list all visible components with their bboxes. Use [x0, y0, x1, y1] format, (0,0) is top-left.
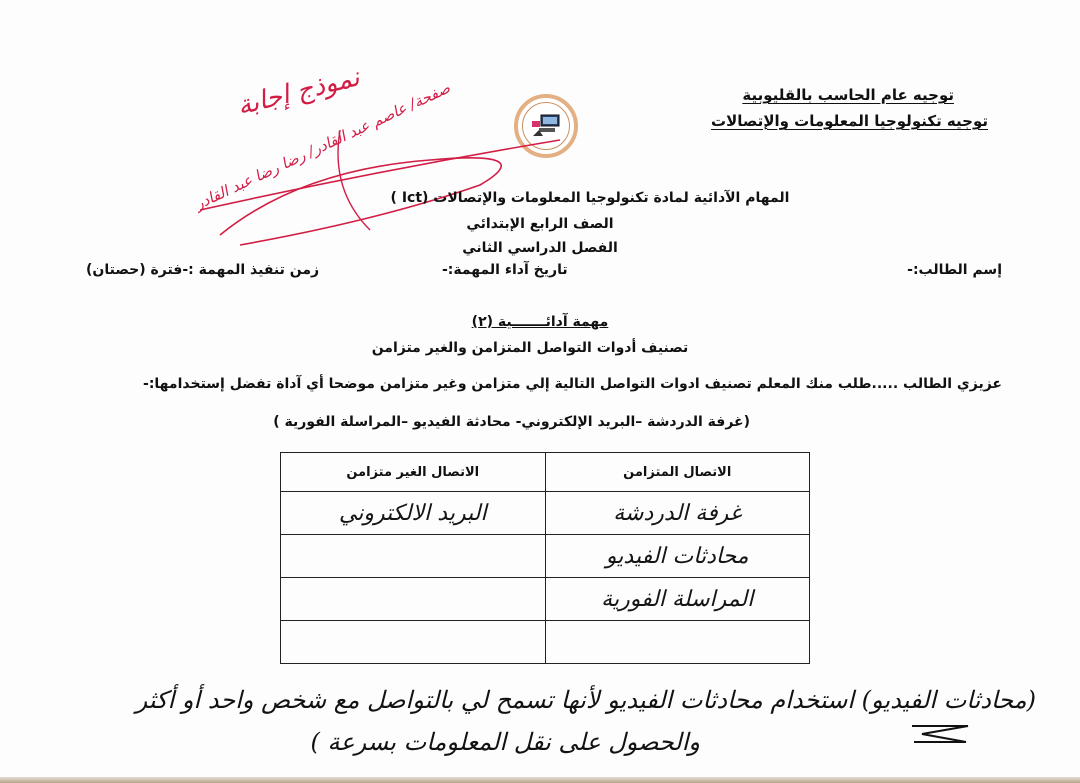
worksheet-page: توجيه عام الحاسب بالقليوبية توجيه تكنولو…: [0, 0, 1080, 783]
equals-scribble-icon: [908, 722, 972, 746]
table-row: غرفة الدردشة البريد الالكتروني: [281, 492, 810, 535]
task-instruction: عزيزي الطالب .....طلب منك المعلم تصنيف ا…: [143, 376, 1002, 392]
sync-column-header: الاتصال المتزامن: [545, 453, 810, 492]
term-label: الفصل الدراسي الثاني: [380, 240, 700, 256]
table-row: [281, 621, 810, 664]
table-row: محادثات الفيديو: [281, 535, 810, 578]
header-department: توجيه تكنولوجيا المعلومات والإتصالات: [711, 112, 988, 130]
table-row: المراسلة الفورية: [281, 578, 810, 621]
classification-table: الاتصال المتزامن الاتصال الغير متزامن غر…: [280, 452, 810, 664]
async-cell: [281, 535, 546, 578]
task-options: (غرفة الدردشة –البريد الإلكتروني- محادثة…: [273, 414, 750, 430]
async-cell: البريد الالكتروني: [281, 492, 546, 535]
header-directorate: توجيه عام الحاسب بالقليوبية: [742, 86, 954, 104]
grade-label: الصف الرابع الإبتدائي: [380, 216, 700, 232]
handwritten-answer-line-2: والحصول على نقل المعلومات بسرعة ): [310, 728, 700, 756]
student-name-label: إسم الطالب:-: [907, 262, 1002, 278]
page-title: المهام الآدائية لمادة تكنولوجيا المعلوما…: [380, 190, 800, 206]
sync-cell: [545, 621, 810, 664]
sync-cell: غرفة الدردشة: [545, 492, 810, 535]
page-edge: [0, 777, 1080, 783]
sync-cell: محادثات الفيديو: [545, 535, 810, 578]
handwritten-answer-line-1: (محادثات الفيديو) استخدام محادثات الفيدي…: [136, 686, 1036, 714]
async-cell: [281, 621, 546, 664]
table-header-row: الاتصال المتزامن الاتصال الغير متزامن: [281, 453, 810, 492]
task-title: مهمة آدائـــــــية (٢): [380, 314, 700, 330]
task-date-label: تاريخ آداء المهمة:-: [442, 262, 568, 278]
async-cell: [281, 578, 546, 621]
async-column-header: الاتصال الغير متزامن: [281, 453, 546, 492]
sync-cell: المراسلة الفورية: [545, 578, 810, 621]
task-duration-label: زمن تنفيذ المهمة :-فترة (حصتان): [86, 262, 319, 278]
task-subtitle: تصنيف أدوات التواصل المتزامن والغير متزا…: [360, 340, 700, 356]
